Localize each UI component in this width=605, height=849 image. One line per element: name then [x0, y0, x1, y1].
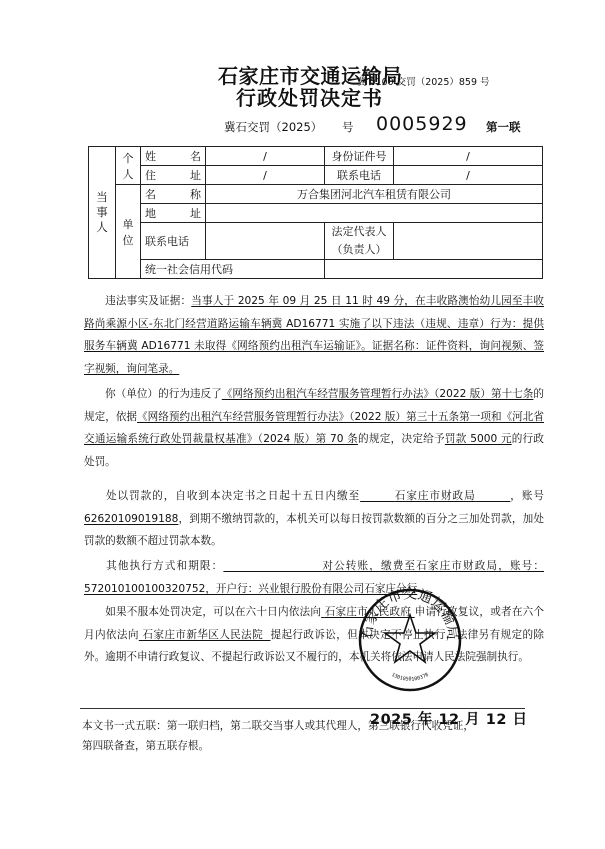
id-number-label: 身份证件号 [325, 147, 394, 166]
unit-phone-value [206, 223, 325, 260]
unit-phone-label: 联系电话 [141, 223, 206, 260]
svg-text:1301050100378: 1301050100378 [390, 672, 429, 683]
individual-name-label: 姓名 [141, 147, 206, 166]
official-seal-icon: 石家庄市交通运输局 1301050100378 [355, 585, 465, 695]
appeal-intro: 如果不服本处罚决定，可以在六十日内依法向 [105, 606, 321, 618]
facts-label: 违法事实及证据： [105, 295, 191, 307]
violation-paragraph: 你（单位）的行为违反了《网络预约出租汽车经营服务管理暂行办法》（2022 版）第… [84, 383, 544, 473]
footer-line-2: 第四联备查，第五联存根。 [82, 736, 542, 756]
individual-phone-value: / [394, 166, 543, 185]
facts-paragraph: 违法事实及证据：当事人于 2025 年 09 月 25 日 11 时 49 分，… [84, 290, 544, 380]
unit-name-value: 万合集团河北汽车租赁有限公司 [206, 185, 543, 204]
individual-address-value: / [206, 166, 325, 185]
appeal-paragraph: 如果不服本处罚决定，可以在六十日内依法向 石家庄市人民政府 申请行政复议，或者在… [84, 601, 544, 669]
credit-code-value [325, 260, 543, 279]
serial-number: 0005929 [376, 113, 468, 135]
unit-label: 单位 [116, 185, 141, 279]
violation-intro: 你（单位）的行为违反了 [105, 388, 222, 400]
account-number: 62620109019188 [84, 513, 178, 525]
violation-mid2: 的规定，决定给予 [358, 433, 445, 445]
account-label: ，账号 [510, 490, 544, 502]
legal-rep-value [394, 223, 543, 260]
individual-address-label: 住址 [141, 166, 206, 185]
unit-name-label: 名称 [141, 185, 206, 204]
other-execution-label: 其他执行方式和期限： [105, 560, 223, 572]
footer-note: 本文书一式五联：第一联归档，第二联交当事人或其代理人，第三联银行代收凭证， 第四… [82, 716, 542, 756]
payee: 石家庄市财政局 [360, 490, 510, 502]
copy-label: 第一联 [486, 119, 521, 135]
court: 石家庄市新华区人民法院 [139, 629, 271, 641]
legal-rep-label: 法定代表人 （负责人） [325, 223, 394, 260]
credit-code-label: 统一社会信用代码 [141, 260, 325, 279]
parties-table: 当事人 个人 姓名 / 身份证件号 / 住址 / 联系电话 / 单位 名称 万合… [88, 146, 543, 279]
document-reference: 冀 0100 交罚（2025）859 号 [357, 74, 490, 88]
serial-prefix: 冀石交罚（2025） [224, 119, 322, 135]
unit-address-label: 地址 [141, 204, 206, 223]
individual-phone-label: 联系电话 [325, 166, 394, 185]
id-number-value: / [394, 147, 543, 166]
footer-line-1: 本文书一式五联：第一联归档，第二联交当事人或其代理人，第三联银行代收凭证， [82, 716, 542, 736]
other-execution-paragraph: 其他执行方式和期限： 对公转账，缴费至石家庄市财政局，账号：5720101001… [84, 555, 544, 600]
individual-label: 个人 [116, 147, 141, 185]
unit-address-value [206, 204, 543, 223]
individual-name-value: / [206, 147, 325, 166]
party-label: 当事人 [89, 147, 116, 279]
serial-hao: 号 [342, 119, 354, 135]
penalty: 罚款 5000 元 [445, 433, 512, 445]
payment-intro: 处以罚款的，自收到本决定书之日起十五日内缴至 [105, 490, 360, 502]
violated-rule: 《网络预约出租汽车经营服务管理暂行办法》（2022 版）第十七条 [222, 388, 534, 400]
payment-paragraph: 处以罚款的，自收到本决定书之日起十五日内缴至 石家庄市财政局 ，账号 62620… [84, 485, 544, 553]
